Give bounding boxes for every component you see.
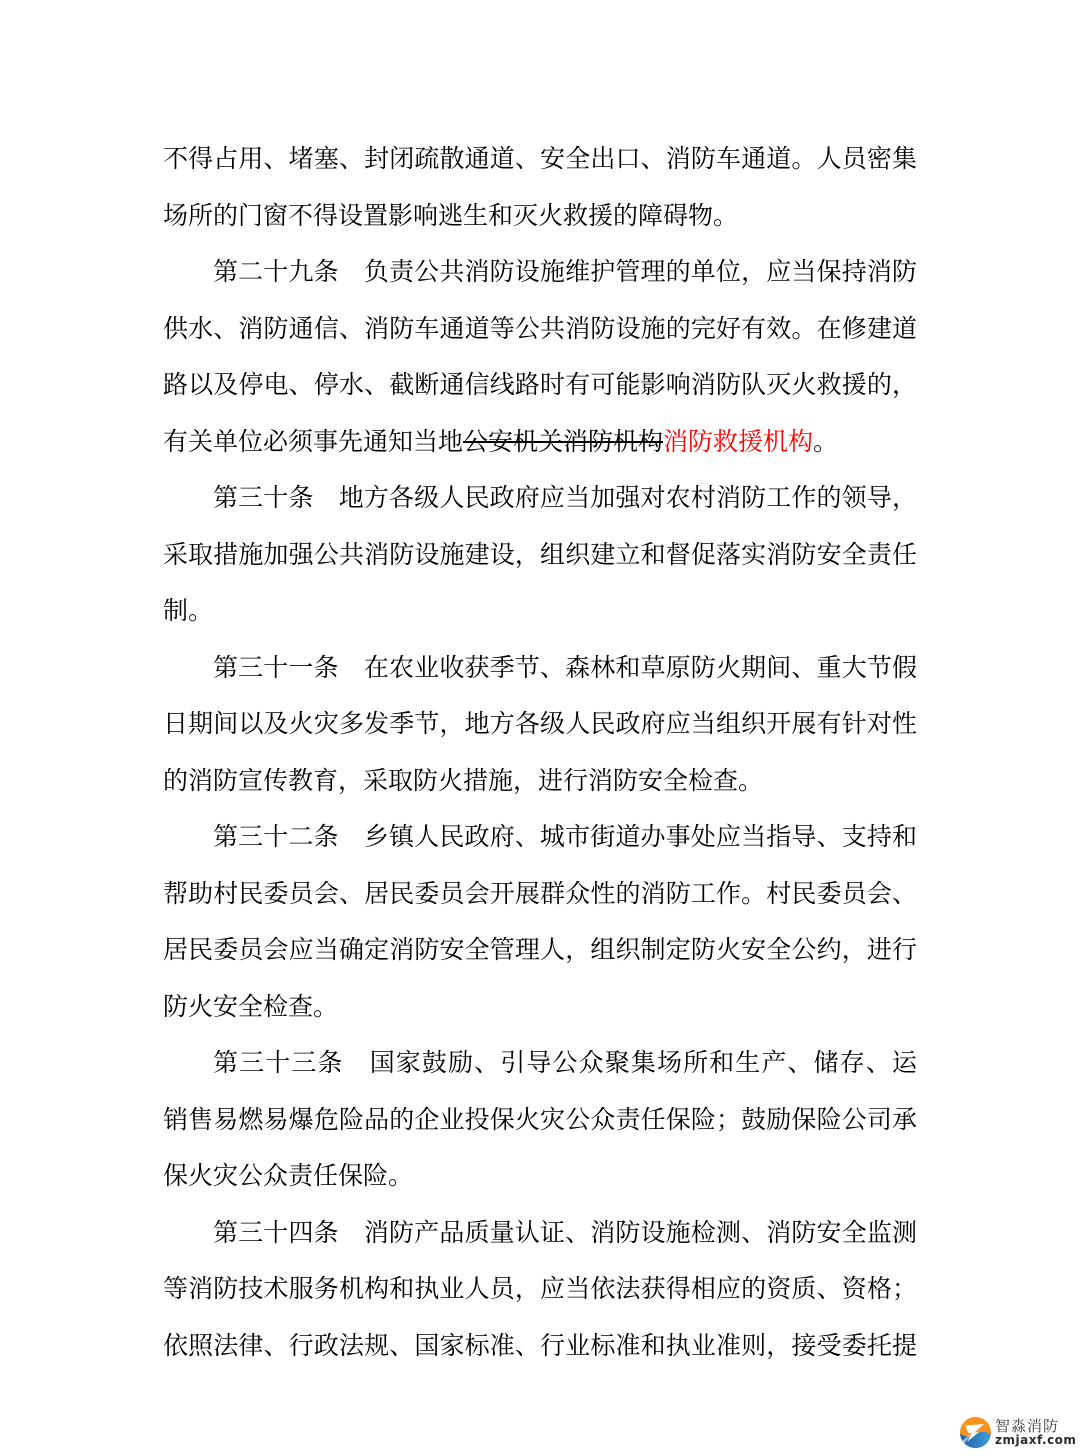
text-line: 保火灾公众责任保险。 (163, 1148, 917, 1205)
text-line-article-29: 第二十九条 负责公共消防设施维护管理的单位，应当保持消防 (163, 244, 917, 301)
text-line: 居民委员会应当确定消防安全管理人，组织制定防火安全公约，进行 (163, 922, 917, 979)
text-line: 帮助村民委员会、居民委员会开展群众性的消防工作。村民委员会、 (163, 866, 917, 923)
text-line: 等消防技术服务机构和执业人员，应当依法获得相应的资质、资格； (163, 1261, 917, 1318)
text-line-article-32: 第三十二条 乡镇人民政府、城市街道办事处应当指导、支持和 (163, 809, 917, 866)
text-line: 日期间以及火灾多发季节，地方各级人民政府应当组织开展有针对性 (163, 696, 917, 753)
text-line: 销售易燃易爆危险品的企业投保火灾公众责任保险；鼓励保险公司承 (163, 1092, 917, 1149)
document-page: 不得占用、堵塞、封闭疏散通道、安全出口、消防车通道。人员密集 场所的门窗不得设置… (0, 0, 1080, 1456)
text-line: 供水、消防通信、消防车通道等公共消防设施的完好有效。在修建道 (163, 301, 917, 358)
text-line-revision: 有关单位必须事先通知当地公安机关消防机构消防救援机构。 (163, 414, 917, 471)
revision-deleted-text: 公安机关消防机构 (463, 427, 663, 456)
site-name: 智淼消防 (995, 1418, 1076, 1435)
site-watermark: 智淼消防 zmjaxf.com (960, 1417, 1076, 1448)
text-line: 防火安全检查。 (163, 979, 917, 1036)
text-line: 不得占用、堵塞、封闭疏散通道、安全出口、消防车通道。人员密集 (163, 131, 917, 188)
site-domain: zmjaxf.com (995, 1434, 1076, 1447)
text-line: 路以及停电、停水、截断通信线路时有可能影响消防队灭火救援的， (163, 357, 917, 414)
text-line-article-31: 第三十一条 在农业收获季节、森林和草原防火期间、重大节假 (163, 640, 917, 697)
text-line-article-34: 第三十四条 消防产品质量认证、消防设施检测、消防安全监测 (163, 1205, 917, 1262)
zhimiao-logo-icon (960, 1417, 991, 1448)
revision-inserted-text: 消防救援机构 (663, 427, 813, 456)
text-line: 场所的门窗不得设置影响逃生和灭火救援的障碍物。 (163, 188, 917, 245)
revision-context-before: 有关单位必须事先通知当地 (163, 427, 463, 456)
text-line: 制。 (163, 583, 917, 640)
site-watermark-text: 智淼消防 zmjaxf.com (995, 1418, 1076, 1448)
document-body: 不得占用、堵塞、封闭疏散通道、安全出口、消防车通道。人员密集 场所的门窗不得设置… (163, 131, 917, 1374)
text-line: 采取措施加强公共消防设施建设，组织建立和督促落实消防安全责任 (163, 527, 917, 584)
text-line: 的消防宣传教育，采取防火措施，进行消防安全检查。 (163, 753, 917, 810)
text-line: 依照法律、行政法规、国家标准、行业标准和执业准则，接受委托提 (163, 1318, 917, 1375)
text-line-article-33: 第三十三条 国家鼓励、引导公众聚集场所和生产、储存、运输、 (163, 1035, 917, 1092)
revision-context-after: 。 (813, 427, 838, 456)
text-line-article-30: 第三十条 地方各级人民政府应当加强对农村消防工作的领导， (163, 470, 917, 527)
